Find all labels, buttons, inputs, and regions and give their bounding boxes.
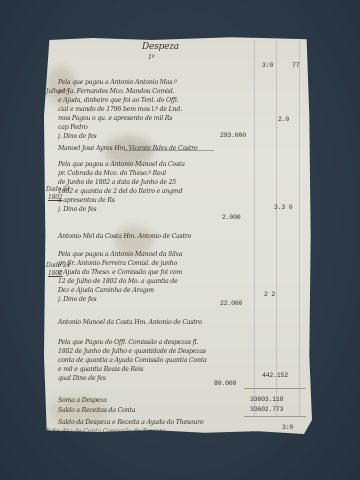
entry-line: 12 de Julho de 1802 do Mo. a quantia de: [58, 277, 258, 286]
entry-line: Pela que pagou a Antonio Manoel da Silva: [58, 250, 258, 259]
page-mark: 3:0: [262, 62, 273, 69]
sum-rule: [244, 416, 306, 417]
entry-line: conta de quantia a Ayuda Comissão quanti…: [58, 356, 258, 365]
closing-line: Saldo da Despeza e Receita a Ayuda do Th…: [58, 418, 203, 427]
page-heading-sub: 1º: [148, 53, 154, 62]
column-rule: [276, 40, 277, 416]
sum-rule: [244, 388, 306, 389]
entry-signature: Antonio Mel da Costa Hm. Antonio de Cast…: [58, 232, 191, 241]
manuscript-page: Despeza 1º 3:0 77 Julho 1º Pela que pago…: [44, 36, 312, 436]
entry-line: a apresentou de Rs: [58, 196, 258, 205]
ledger-entry: Pela que pagou a Antonio Manoel da Costa…: [58, 160, 258, 214]
footer-mark: 3:0: [282, 424, 293, 431]
entry-amount: 22.000: [220, 300, 242, 307]
total-value: 33602.773: [250, 406, 283, 413]
entry-signature: Antonio Manoel da Costa Hm. Antonio de C…: [58, 318, 202, 327]
total-value: 33603.118: [250, 396, 283, 403]
entry-line: Pela que pagou a Antonio Manoel da Costa: [58, 160, 258, 169]
entry-line: Pela que pagou a Antonio Antonio Mas.º: [58, 78, 258, 87]
entry-amount-column: 2.0: [278, 116, 289, 123]
entry-line: 1802 e quantia de 2 del do Retro e angmd: [58, 187, 258, 196]
entry-line: e Ajuda, dinheiro que foi ao Tenl. do Of…: [58, 96, 258, 105]
entry-line: 1802 de Junho de Julho e quantidade de D…: [58, 347, 258, 356]
ledger-entry: Pela que Pagou do Offl. Comissão a despe…: [58, 338, 258, 383]
entry-line: mos Pagou o qu. e apresento de mil Rs: [58, 114, 258, 123]
entry-line: j. Dino de fes: [58, 205, 258, 214]
entry-line: pr. Sr. Antonio Ferreira Comisl. de junh…: [58, 259, 258, 268]
column-rule: [299, 40, 300, 416]
entry-line: cap Pedro: [58, 123, 258, 132]
entry-amount: 293.000: [220, 132, 246, 139]
entry-amount: 2.000: [222, 214, 241, 221]
entry-line: Dez e Ajuda Caminha de Aragon: [58, 286, 258, 295]
entry-amount-column: 2 2: [264, 291, 275, 298]
page-mark: 77: [292, 62, 299, 69]
entry-line: e mil e quantia Reais de Reis: [58, 365, 258, 374]
entry-line: cial e mando de 1796 bem mos l.ª de Lnd.: [58, 105, 258, 114]
entry-line: pr. Cobrada da Mco. do Theso.º Real: [58, 169, 258, 178]
ledger-entry: Pela que pagou a Antonio Manoel da Silva…: [58, 250, 258, 304]
entry-amount-column: 3.3 0: [274, 204, 293, 211]
total-label: Soma a Despeza: [58, 396, 107, 405]
entry-signature: Manoel José Ayres Hm. Vicente Rdes de Ca…: [58, 144, 198, 153]
entry-line: Pela que Pagou do Offl. Comissão a despe…: [58, 338, 258, 347]
closing-line: E foi dita de Conta Comissão do Tesouro: [46, 427, 165, 436]
entry-line: e Ajuda do Theso. e Comissão que foi com: [58, 268, 258, 277]
entry-line: de Junho de 1802 a data de Junho de 25: [58, 178, 258, 187]
entry-line: pr. Ja. Fernandes Mco. Mandou Comisl.: [58, 87, 258, 96]
entry-amount: 80.000: [214, 380, 236, 387]
total-label: Saldo a Receitas da Conta: [58, 406, 135, 415]
page-heading: Despeza: [142, 42, 179, 52]
entry-amount-column: 442.152: [262, 372, 288, 379]
